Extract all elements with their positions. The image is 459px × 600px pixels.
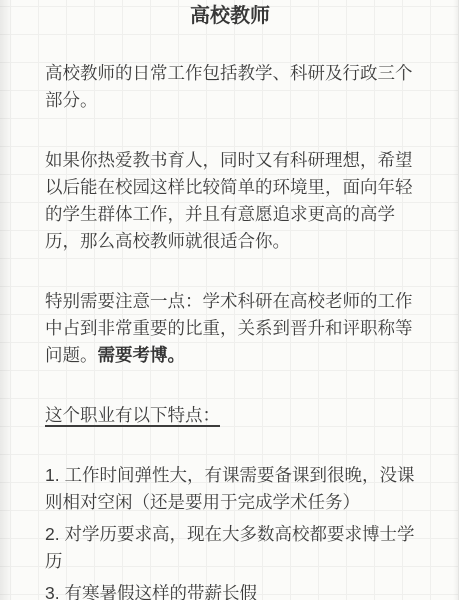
document-body: 高校教师 高校教师的日常工作包括教学、科研及行政三个 部分。 如果你热爱教书育人… — [0, 0, 459, 600]
features-heading: 这个职业有以下特点： — [45, 402, 415, 429]
page-title: 高校教师 — [45, 2, 415, 30]
feature-item-2: 2. 对学历要求高，现在大多数高校都要求博士学 历 — [45, 521, 415, 575]
paragraph-intro: 高校教师的日常工作包括教学、科研及行政三个 部分。 — [45, 60, 415, 114]
feature-item-3: 3. 有寒暑假这样的带薪长假 — [45, 580, 415, 600]
paragraph-note: 特别需要注意一点：学术科研在高校老师的工作 中占到非常重要的比重，关系到晋升和评… — [45, 288, 415, 369]
feature-list: 1. 工作时间弹性大，有课需要备课到很晚，没课 则相对空闲（还是要用于完成学术任… — [45, 462, 415, 600]
paragraph-fit: 如果你热爱教书育人，同时又有科研理想，希望 以后能在校园这样比较简单的环境里，面… — [45, 147, 415, 255]
note-page: { "page": { "title": "高校教师" }, "content"… — [0, 0, 459, 600]
paragraph-note-bold: 需要考博。 — [98, 345, 186, 365]
feature-item-1: 1. 工作时间弹性大，有课需要备课到很晚，没课 则相对空闲（还是要用于完成学术任… — [45, 462, 415, 516]
